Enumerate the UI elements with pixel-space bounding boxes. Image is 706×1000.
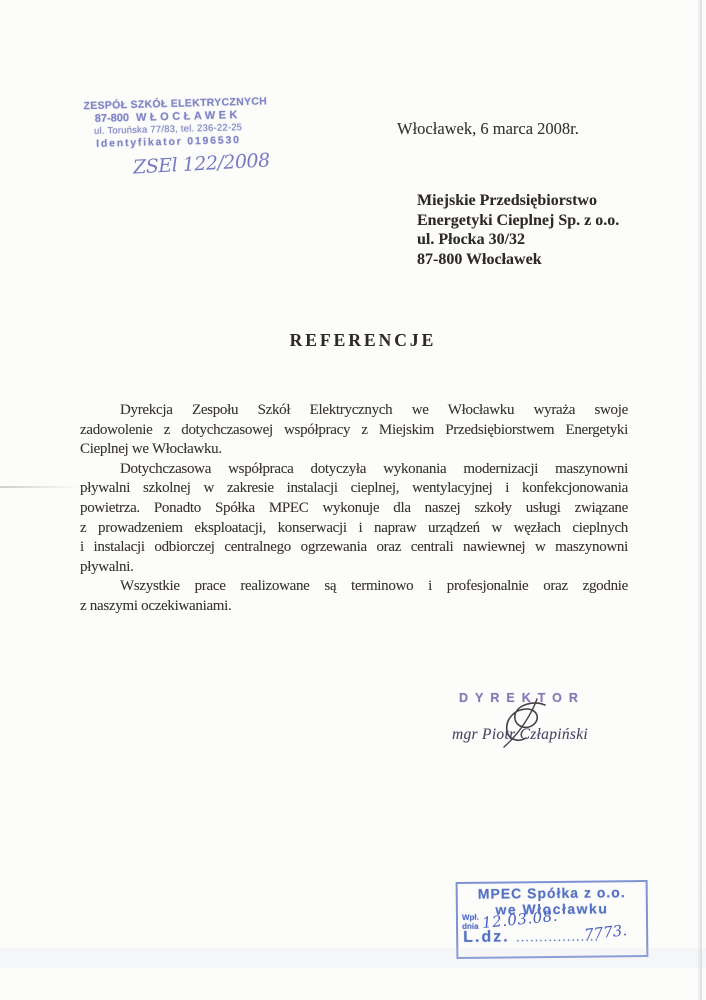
recipient-address: Miejskie Przedsiębiorstwo Energetyki Cie… (417, 191, 619, 269)
body-line: zadowolenie z dotychczasowej współpracy … (80, 421, 628, 441)
scan-bottom-tint (0, 948, 706, 968)
scan-edge-shadow (697, 0, 702, 1000)
received-stamp-company: MPEC Spółka z o.o. (458, 884, 646, 902)
paper-fold-crease (0, 486, 80, 488)
body-line: powietrza. Ponadto Spółka MPEC wykonuje … (80, 499, 628, 519)
recipient-line-3: ul. Płocka 30/32 (417, 230, 619, 250)
recipient-line-4: 87-800 Włocławek (417, 250, 619, 270)
body-line: Cieplnej we Włocławku. (80, 440, 628, 460)
sender-stamp: ZESPÓŁ SZKÓŁ ELEKTRYCZNYCH 87-800 WŁOCŁA… (83, 96, 252, 150)
ldz-label: L.dz. (463, 928, 510, 945)
letter-body: Dyrekcja Zespołu Szkół Elektrycznych we … (80, 401, 628, 617)
received-stamp-ldz-row: L.dz. .................. (463, 928, 599, 947)
body-line: Wszystkie prace realizowane są terminowo… (80, 577, 628, 597)
body-line: Dyrekcja Zespołu Szkół Elektrycznych we … (80, 401, 628, 421)
sender-stamp-postal-code: 87-800 (95, 112, 130, 125)
handwritten-reference-number: ZSEl 122/2008 (133, 149, 271, 178)
body-line: z naszymi oczekiwaniami. (80, 597, 628, 617)
recipient-line-2: Energetyki Cieplnej Sp. z o.o. (417, 211, 619, 231)
signer-name-stamp: mgr Piotr Człapiński (452, 726, 588, 744)
letter-title: REFERENCJE (10, 330, 706, 351)
scanned-letter-page: ZESPÓŁ SZKÓŁ ELEKTRYCZNYCH 87-800 WŁOCŁA… (0, 0, 706, 1000)
dateline: Włocławek, 6 marca 2008r. (397, 119, 579, 139)
ldz-number-handwritten: 7773. (583, 921, 628, 944)
body-line: z prowadzeniem eksploatacji, konserwacji… (80, 519, 628, 539)
body-line: Dotychczasowa współpraca dotyczyła wykon… (80, 460, 628, 480)
body-line: pływalni szkolnej w zakresie instalacji … (80, 479, 628, 499)
recipient-line-1: Miejskie Przedsiębiorstwo (417, 191, 619, 211)
body-line: i instalacji odbiorczej centralnego ogrz… (80, 538, 628, 558)
body-line: pływalni. (80, 558, 628, 578)
